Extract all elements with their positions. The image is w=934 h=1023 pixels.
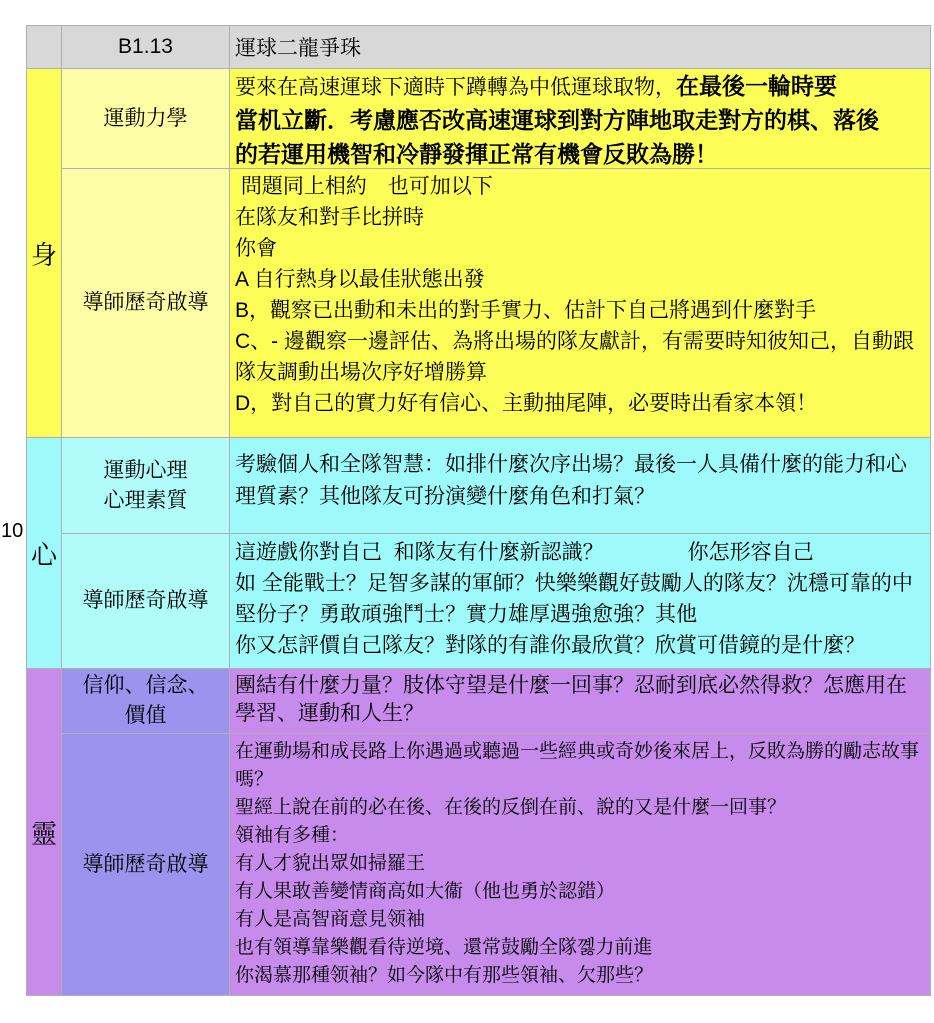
row-content-sport-mechanics: 要來在高速運球下適時下蹲轉為中低運球取物，在最後一輪時要 當机立斷．考慮應否改高… xyxy=(230,69,930,168)
row-content-mentor-guidance-mind: 這遊戲你對自己 和隊友有什麼新認識？ 你怎形容自己 如 全能戰士？足智多謀的軍師… xyxy=(230,534,930,668)
content-regular-text: 要來在高速運球下適時下蹲轉為中低運球取物， xyxy=(235,76,676,99)
row-label-mentor-guidance-spirit: 導師歷奇啟導 xyxy=(62,734,229,995)
page: 10 B1.13 運球二龍爭珠 身 運動力學 要來在高速運球下適時下蹲轉為中低運… xyxy=(0,0,934,1023)
row-label-mentor-guidance-mind: 導師歷奇啟導 xyxy=(62,534,229,668)
row-content-sport-psychology: 考驗個人和全隊智慧：如排什麼次序出場？最後一人具備什麼的能力和心理質素？其他隊友… xyxy=(230,438,930,533)
row-label-faith-values: 信仰、信念、 價值 xyxy=(62,669,229,733)
row-content-faith-values: 團結有什麼力量？肢体守望是什麼一回事？忍耐到底必然得救？怎應用在學習、運動和人生… xyxy=(230,669,930,733)
section-label-mind: 心 xyxy=(27,438,61,668)
row-label-sport-mechanics: 運動力學 xyxy=(62,69,229,168)
header-corner-cell xyxy=(27,26,61,68)
row-label-sport-psychology: 運動心理 心理素質 xyxy=(62,438,229,533)
row-number-label: 10 xyxy=(1,520,23,543)
lesson-table: B1.13 運球二龍爭珠 身 運動力學 要來在高速運球下適時下蹲轉為中低運球取物… xyxy=(26,25,931,996)
section-label-spirit: 靈 xyxy=(27,669,61,995)
row-label-mentor-guidance-body: 導師歷奇啟導 xyxy=(62,169,229,437)
section-label-body: 身 xyxy=(27,69,61,437)
header-title-cell: 運球二龍爭珠 xyxy=(230,26,930,68)
header-code-cell: B1.13 xyxy=(62,26,229,68)
row-content-mentor-guidance-spirit: 在運動場和成長路上你遇過或聽過一些經典或奇妙後來居上，反敗為勝的勵志故事嗎？ 聖… xyxy=(230,734,930,995)
row-content-mentor-guidance-body: 問題同上相約 也可加以下 在隊友和對手比拼時 你會 A 自行熱身以最佳狀態出發 … xyxy=(230,169,930,437)
